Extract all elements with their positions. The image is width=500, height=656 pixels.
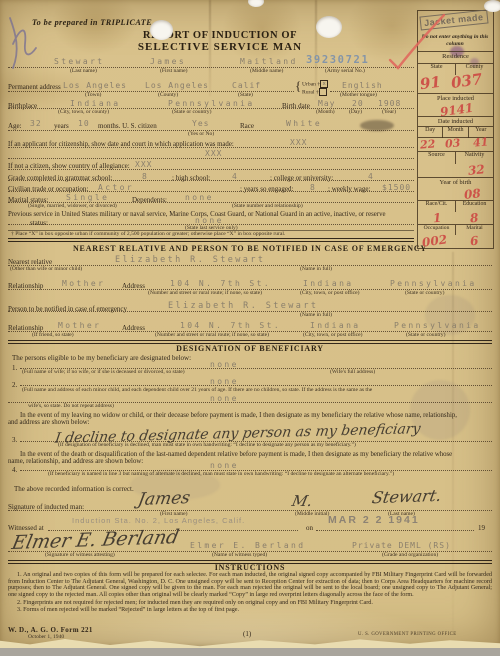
line1-number: 1. xyxy=(12,365,17,372)
last-name-hint: (Last name) xyxy=(70,69,97,75)
state1-value: Pennsylvania xyxy=(390,280,477,288)
witness-typed-hint: (Name of witness typed) xyxy=(212,553,267,559)
nearest-relative-value: Elizabeth R. Stewart xyxy=(115,256,265,265)
place-inducted-value-row: 9141 xyxy=(418,103,493,115)
line4-number: 4. xyxy=(12,467,17,474)
county-hint: (County) xyxy=(158,93,178,99)
induction-station-stamp: Induction Sta. No. 2, Los Angeles, Calif… xyxy=(72,517,245,525)
beneficiary-para2b: name, relationship, and address are show… xyxy=(8,458,143,465)
urban-label: Urban †x xyxy=(302,80,328,88)
birth-day-hint: (Day) xyxy=(349,110,362,116)
nativity-value: 32 xyxy=(467,162,485,178)
address2-value: 104 N. 7th St. xyxy=(180,322,281,330)
state2-hint: (State or country) xyxy=(406,333,445,339)
county-value: Los Angeles xyxy=(145,82,209,90)
hs-label: ; high school: xyxy=(172,175,210,182)
correct-statement: The above recorded information is correc… xyxy=(14,486,134,493)
paper-tear xyxy=(484,0,500,12)
beneficiary-para1b: and address are shown below: xyxy=(8,419,90,426)
form-paper: To be prepared in TRIPLICATE REPORT OF I… xyxy=(0,0,500,646)
witness-grade-hint: (Grade and organization) xyxy=(382,553,438,559)
signature-first: James xyxy=(136,490,191,510)
gpo-imprint: U. S. GOVERNMENT PRINTING OFFICE xyxy=(358,632,457,637)
race-education-value-row: 1 8 xyxy=(418,211,493,224)
tongue-hint: (Mother tongue) xyxy=(340,93,377,99)
birthplace-label: Birthplace xyxy=(8,103,37,110)
signature-last: Stewart. xyxy=(371,488,443,507)
birth-state-hint: (State or country) xyxy=(172,110,211,116)
rule xyxy=(8,180,414,181)
date-inducted-value-row: 22 03 41 xyxy=(418,137,493,152)
state-hint: (State) xyxy=(238,93,253,99)
nearest-relative-hint: (Other than wife or minor child) xyxy=(10,267,82,273)
rule xyxy=(8,147,414,148)
witness-grade: Private DEML (RS) xyxy=(352,542,451,550)
line1-hint-left: (Full name of wife; if no wife, or if sh… xyxy=(22,370,185,376)
occupation-marital-value-row: 002 6 xyxy=(418,234,493,247)
birth-year-hint: (Year) xyxy=(382,110,396,116)
rule xyxy=(8,510,492,511)
paper-tear xyxy=(248,0,264,7)
first-name-hint: (First name) xyxy=(160,69,188,75)
urban-footnote: † Place “X” in box opposite urban if com… xyxy=(11,232,285,238)
nativity-value-row: 32 xyxy=(418,163,493,177)
address2-hint: (Number and street or rural route; if no… xyxy=(155,333,269,339)
dependents-hint: (State number and relationship) xyxy=(232,204,303,210)
rule xyxy=(20,385,492,386)
city2-value: Indiana xyxy=(310,322,361,330)
form-title-line1: REPORT OF INDUCTION OF xyxy=(95,30,345,41)
form-title-line2: SELECTIVE SERVICE MAN xyxy=(95,42,345,54)
page-number: (1) xyxy=(243,631,251,638)
birth-month-hint: (Month) xyxy=(316,110,335,116)
month-inducted-value: 03 xyxy=(444,136,460,150)
address1-hint: (Number and street or rural route; if no… xyxy=(148,291,262,297)
residence-county-value: 037 xyxy=(450,70,484,92)
line1-hint-right: (Wife's full address) xyxy=(330,370,375,376)
birth-date-label: Birth date xyxy=(282,103,310,110)
name-in-full-hint: (Name in full) xyxy=(300,267,332,273)
rule xyxy=(8,191,414,192)
relationship2-value: Mother xyxy=(58,322,101,330)
urban-checkbox: x xyxy=(320,80,328,88)
city1-value: Indiana xyxy=(303,280,354,288)
serial-hint: (Army serial No.) xyxy=(325,69,365,75)
witness-signature-hint: (Signature of witness attesting) xyxy=(45,553,115,559)
rule xyxy=(316,530,474,531)
rule xyxy=(8,158,414,159)
column-note: Do not enter anything in this column xyxy=(419,34,491,48)
line2-hint: (Full name and address of each minor chi… xyxy=(22,388,372,394)
signature-middle: M. xyxy=(290,494,313,510)
city1-hint: (City, town, or post office) xyxy=(300,291,360,297)
middle-name-hint: (Middle name) xyxy=(250,69,283,75)
marital-hint: (Single, married, widower, or divorced) xyxy=(28,204,117,210)
rural-label-text: Rural † xyxy=(302,89,319,95)
instruction-2: 2. Fingerprints are not required for rej… xyxy=(8,600,492,607)
last-name-value: Stewart xyxy=(54,58,105,66)
state2-value: Pennsylvania xyxy=(394,322,481,330)
day-inducted-value: 22 xyxy=(419,137,435,151)
line3-number: 3. xyxy=(12,437,17,444)
notify-name-hint: (Name in full) xyxy=(300,313,332,319)
town-hint: (Town) xyxy=(85,93,101,99)
state-value: Calif xyxy=(232,82,261,90)
year-of-birth-value-row: 08 xyxy=(418,188,493,200)
line4-hint: (If beneficiary is named in line 3 but n… xyxy=(48,472,394,478)
signature-middle-hint: (Middle initial) xyxy=(295,512,329,518)
grammar-label: Grade completed in grammar school: xyxy=(8,175,112,182)
punch-hole xyxy=(316,16,342,38)
mother-tongue-value: English xyxy=(342,82,383,90)
line2b-hint: wife's, so state. Do not repeat address) xyxy=(28,404,114,410)
double-rule xyxy=(8,238,414,242)
notify-label: Person to be notified in case of emergen… xyxy=(8,306,127,313)
residence-value-row: 91 037 xyxy=(418,74,493,92)
notify-value: Elizabeth R. Stewart xyxy=(168,302,318,311)
rule xyxy=(8,169,414,170)
witness-typed-name: Elmer E. Berland xyxy=(190,542,305,550)
line3-hint: (If designation of beneficiary is declin… xyxy=(58,443,356,449)
army-serial-value: 39230721 xyxy=(306,55,369,66)
birth-city-hint: (City, town, or county) xyxy=(58,110,109,116)
instructions-block: 1. An original and two copies of this fo… xyxy=(8,572,492,615)
rural-checkbox xyxy=(319,88,327,96)
relationship2-hint: (If friend, so state) xyxy=(32,333,74,339)
rural-label: Rural † xyxy=(302,88,327,96)
instruction-1: 1. An original and two copies of this fo… xyxy=(8,572,492,599)
first-name-value: James xyxy=(150,58,186,66)
date-stamp: MAR 2 2 1941 xyxy=(328,515,420,526)
town-value: Los Angeles xyxy=(63,82,127,90)
race-value: White xyxy=(286,120,322,128)
marital-code-value: 6 xyxy=(469,234,479,249)
beneficiary-section-title: DESIGNATION OF BENEFICIARY xyxy=(0,345,500,353)
year-suffix: 19 xyxy=(478,525,485,532)
beneficiary-intro: The persons eligible to be my beneficiar… xyxy=(12,355,191,362)
citizen-value: Yes xyxy=(192,120,209,128)
wage-label: ; weekly wage: xyxy=(328,186,370,193)
residence-state-value: 91 xyxy=(419,73,442,93)
state1-hint: (State or country) xyxy=(405,291,444,297)
punch-hole xyxy=(150,20,173,40)
months-value: 10 xyxy=(78,120,90,128)
scanned-induction-form: { "colors":{"paper":"#d9c28c","ink":"#33… xyxy=(0,0,500,656)
jacket-made-stamp: Jacket made xyxy=(419,10,488,31)
address1-value: 104 N. 7th St. xyxy=(170,280,271,288)
citizen-hint: (Yes or No) xyxy=(188,132,214,138)
relationship1-value: Mother xyxy=(62,280,105,288)
instruction-3: 3. Forms of men rejected will be marked … xyxy=(8,607,492,614)
prep-note: To be prepared in TRIPLICATE xyxy=(32,19,152,28)
rule xyxy=(8,311,492,312)
years-engaged-label: ; years so engaged: xyxy=(240,186,293,193)
urban-label-text: Urban † xyxy=(302,81,320,87)
brace-glyph: { xyxy=(295,79,301,93)
city2-hint: (City, town, or post office) xyxy=(303,333,363,339)
middle-name-value: Maitland xyxy=(240,58,298,66)
year-inducted-value: 41 xyxy=(472,135,488,149)
dependents-label: Dependents: xyxy=(132,197,167,204)
line2-number: 2. xyxy=(12,382,17,389)
age-value: 32 xyxy=(30,120,42,128)
occupation-code-value: 002 xyxy=(421,232,448,249)
clerk-column: Jacket made Do not enter anything in thi… xyxy=(417,10,494,249)
college-label: ; college or university: xyxy=(270,175,333,182)
on-label: on xyxy=(306,525,313,532)
